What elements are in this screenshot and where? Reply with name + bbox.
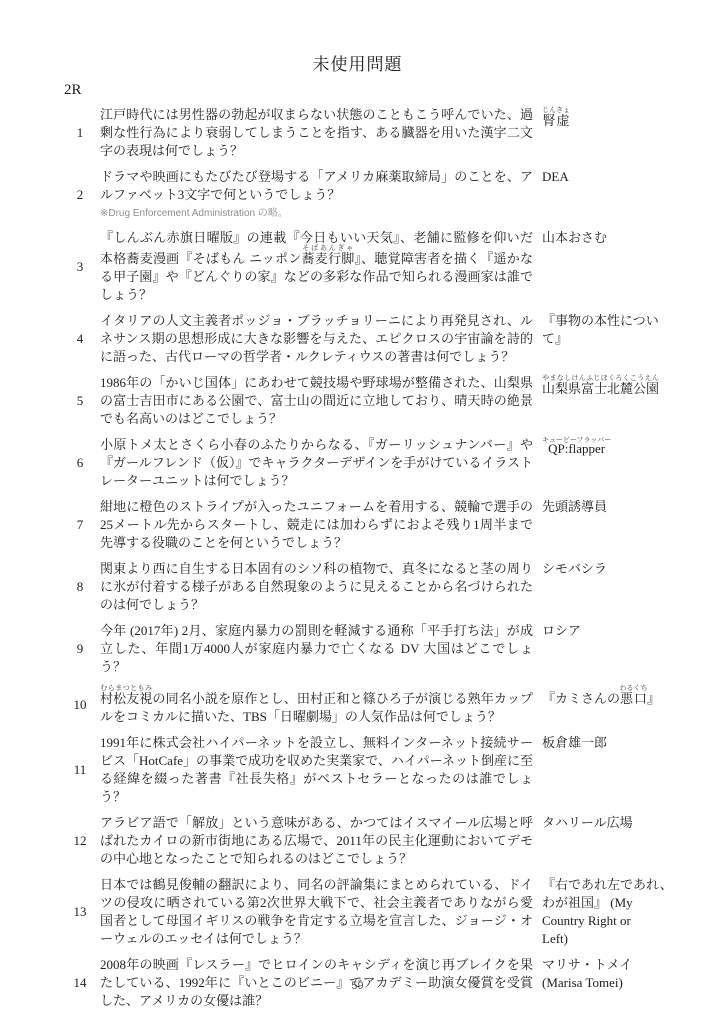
- question-text: ドラマや映画にもたびたび登場する「アメリカ麻薬取締局」のことを、アルファベット3…: [100, 168, 533, 204]
- answer-text: 山本おさむ: [542, 229, 707, 247]
- answer-text: 『右であれ左であれ、わが祖国』 (MyCountry Right orLeft): [542, 876, 707, 948]
- question-row: 7 紺地に橙色のストライプが入ったユニフォームを着用する、競輪で選手の25メート…: [64, 498, 707, 552]
- questions-list: 1 江戸時代には男性器の勃起が収まらない状態のこともこう呼んでいた、過剰な性行為…: [64, 106, 707, 1010]
- question-row: 10 村松友視むらまつともみの同名小説を原作とし、田村正和と篠ひろ子が演じる熟年…: [64, 684, 707, 726]
- answer-text: シモバシラ: [542, 560, 707, 578]
- question-body: 1991年に株式会社ハイパーネットを設立し、無料インターネット接続サービス「Ho…: [100, 734, 533, 806]
- answer-text: 山梨県富士北麓公園やまなしけんふじほくろくこうえん: [542, 374, 707, 398]
- answer-text: タハリール広場: [542, 814, 707, 832]
- page-title: 未使用問題: [0, 50, 715, 75]
- question-body: 紺地に橙色のストライプが入ったユニフォームを着用する、競輪で選手の25メートル先…: [100, 498, 533, 552]
- question-row: 8 関東より西に自生する日本固有のシソ科の植物で、真冬になると茎の周りに氷が付着…: [64, 560, 707, 614]
- question-number: 8: [64, 579, 100, 595]
- question-number: 12: [64, 833, 100, 849]
- question-row: 1 江戸時代には男性器の勃起が収まらない状態のこともこう呼んでいた、過剰な性行為…: [64, 106, 707, 160]
- page-number: 59: [0, 980, 715, 992]
- question-text: 1991年に株式会社ハイパーネットを設立し、無料インターネット接続サービス「Ho…: [100, 734, 533, 806]
- question-row: 13 日本では鶴見俊輔の翻訳により、同名の評論集にまとめられている、ドイツの侵攻…: [64, 876, 707, 948]
- question-row: 6 小原トメ太とさくら小春のふたりからなる、『ガーリッシュナンバー』や『ガールフ…: [64, 436, 707, 490]
- question-number: 2: [64, 187, 100, 203]
- question-body: イタリアの人文主義者ポッジョ・ブラッチョリーニにより再発見され、ルネサンス期の思…: [100, 312, 533, 366]
- question-row: 11 1991年に株式会社ハイパーネットを設立し、無料インターネット接続サービス…: [64, 734, 707, 806]
- question-number: 11: [64, 762, 100, 778]
- question-text: 日本では鶴見俊輔の翻訳により、同名の評論集にまとめられている、ドイツの侵攻に晒さ…: [100, 876, 533, 948]
- answer-text: 先頭誘導員: [542, 498, 707, 516]
- question-note: ※Drug Enforcement Administration の略。: [100, 206, 533, 221]
- question-number: 6: [64, 455, 100, 471]
- question-number: 4: [64, 331, 100, 347]
- question-text: 村松友視むらまつともみの同名小説を原作とし、田村正和と篠ひろ子が演じる熟年カップ…: [100, 684, 533, 726]
- question-body: 日本では鶴見俊輔の翻訳により、同名の評論集にまとめられている、ドイツの侵攻に晒さ…: [100, 876, 533, 948]
- answer-text: 板倉雄一郎: [542, 734, 707, 752]
- question-text: 関東より西に自生する日本固有のシソ科の植物で、真冬になると茎の周りに氷が付着する…: [100, 560, 533, 614]
- question-row: 4 イタリアの人文主義者ポッジョ・ブラッチョリーニにより再発見され、ルネサンス期…: [64, 312, 707, 366]
- question-number: 5: [64, 393, 100, 409]
- question-body: 村松友視むらまつともみの同名小説を原作とし、田村正和と篠ひろ子が演じる熟年カップ…: [100, 684, 533, 726]
- question-body: 小原トメ太とさくら小春のふたりからなる、『ガーリッシュナンバー』や『ガールフレン…: [100, 436, 533, 490]
- question-body: 江戸時代には男性器の勃起が収まらない状態のこともこう呼んでいた、過剰な性行為によ…: [100, 106, 533, 160]
- question-text: 小原トメ太とさくら小春のふたりからなる、『ガーリッシュナンバー』や『ガールフレン…: [100, 436, 533, 490]
- question-number: 7: [64, 517, 100, 533]
- answer-text: ロシア: [542, 622, 707, 640]
- section-label: 2R: [64, 82, 707, 99]
- question-number: 3: [64, 259, 100, 275]
- question-row: 2 ドラマや映画にもたびたび登場する「アメリカ麻薬取締局」のことを、アルファベッ…: [64, 168, 707, 221]
- answer-text: 腎虚じんきょ: [542, 106, 707, 130]
- question-body: 『しんぶん赤旗日曜版』の連載『今日もいい天気』、老舗に監修を仰いだ本格蕎麦漫画『…: [100, 229, 533, 304]
- question-body: アラビア語で「解放」という意味がある、かつてはイスマイール広場と呼ばれたカイロの…: [100, 814, 533, 868]
- question-number: 13: [64, 904, 100, 920]
- question-number: 9: [64, 641, 100, 657]
- answer-text: DEA: [542, 168, 707, 186]
- question-text: アラビア語で「解放」という意味がある、かつてはイスマイール広場と呼ばれたカイロの…: [100, 814, 533, 868]
- question-body: 関東より西に自生する日本固有のシソ科の植物で、真冬になると茎の周りに氷が付着する…: [100, 560, 533, 614]
- answer-text: 『事物の本性について』: [542, 312, 707, 348]
- question-row: 5 1986年の「かいじ国体」にあわせて競技場や野球場が整備された、山梨県の富士…: [64, 374, 707, 428]
- question-text: 『しんぶん赤旗日曜版』の連載『今日もいい天気』、老舗に監修を仰いだ本格蕎麦漫画『…: [100, 229, 533, 304]
- question-text: 江戸時代には男性器の勃起が収まらない状態のこともこう呼んでいた、過剰な性行為によ…: [100, 106, 533, 160]
- question-body: 今年 (2017年) 2月、家庭内暴力の罰則を軽減する通称「平手打ち法」が成立し…: [100, 622, 533, 676]
- question-text: 紺地に橙色のストライプが入ったユニフォームを着用する、競輪で選手の25メートル先…: [100, 498, 533, 552]
- question-text: イタリアの人文主義者ポッジョ・ブラッチョリーニにより再発見され、ルネサンス期の思…: [100, 312, 533, 366]
- answer-text: 『カミさんの悪口わるくち』: [542, 684, 707, 708]
- question-row: 9 今年 (2017年) 2月、家庭内暴力の罰則を軽減する通称「平手打ち法」が成…: [64, 622, 707, 676]
- question-body: ドラマや映画にもたびたび登場する「アメリカ麻薬取締局」のことを、アルファベット3…: [100, 168, 533, 221]
- question-text: 今年 (2017年) 2月、家庭内暴力の罰則を軽減する通称「平手打ち法」が成立し…: [100, 622, 533, 676]
- question-text: 1986年の「かいじ国体」にあわせて競技場や野球場が整備された、山梨県の富士吉田…: [100, 374, 533, 428]
- question-row: 3 『しんぶん赤旗日曜版』の連載『今日もいい天気』、老舗に監修を仰いだ本格蕎麦漫…: [64, 229, 707, 304]
- answer-text: QP:flapperキューピーフラッパー: [542, 436, 707, 458]
- question-body: 1986年の「かいじ国体」にあわせて競技場や野球場が整備された、山梨県の富士吉田…: [100, 374, 533, 428]
- question-number: 1: [64, 125, 100, 141]
- document-page: 未使用問題 2R 1 江戸時代には男性器の勃起が収まらない状態のこともこう呼んで…: [0, 0, 715, 1024]
- question-number: 10: [64, 697, 100, 713]
- question-row: 12 アラビア語で「解放」という意味がある、かつてはイスマイール広場と呼ばれたカ…: [64, 814, 707, 868]
